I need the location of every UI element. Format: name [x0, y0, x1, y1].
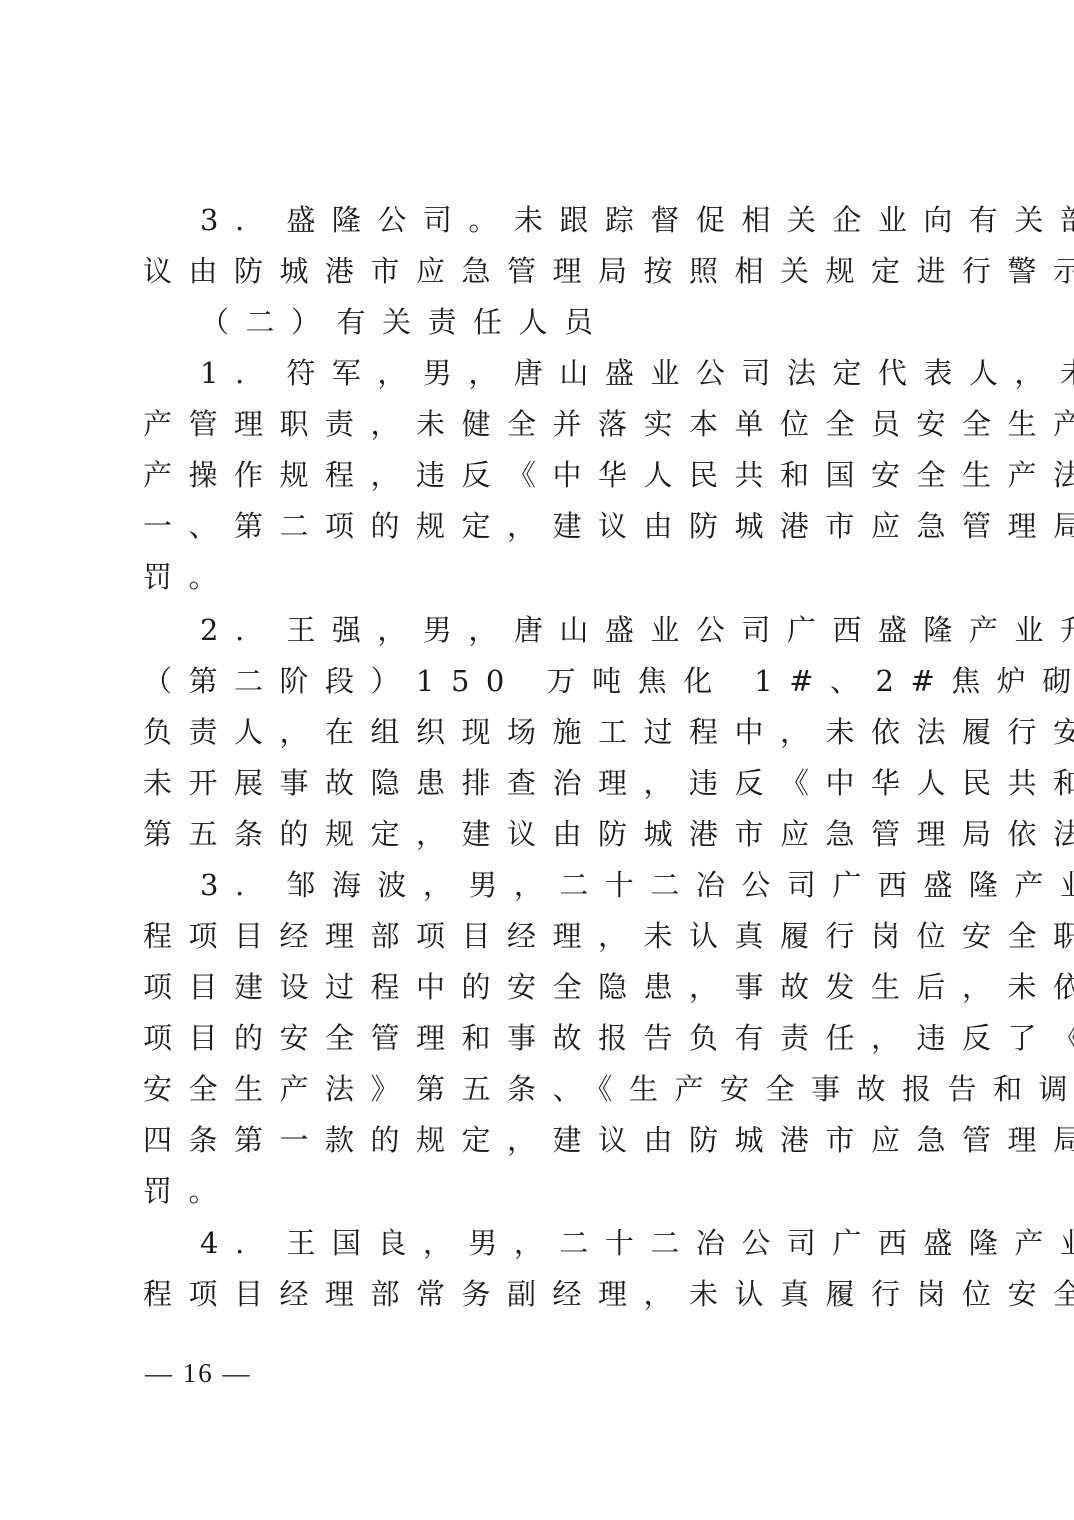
paragraph-person-1-line-5: 罚。: [143, 557, 943, 597]
paragraph-person-3-line-2: 程项目经理部项目经理，未认真履行岗位安全职责，未及时消除: [143, 916, 943, 956]
paragraph-person-1-line-1: 1. 符军，男，唐山盛业公司法定代表人，未依法履行安全生: [200, 353, 943, 393]
paragraph-person-1-line-2: 产管理职责，未健全并落实本单位全员安全生产责任制和安全生: [143, 404, 943, 444]
paragraph-person-2-line-2: （第二阶段）150 万吨焦化 1#、2#焦炉砌筑项目商务经理、施工: [143, 661, 943, 701]
paragraph-person-4-line-1: 4. 王国良，男，二十二冶公司广西盛隆产业升级技术改造工: [200, 1223, 943, 1263]
paragraph-person-3-line-5: 安全生产法》第五条、《生产安全事故报告和调查处理条例》第: [143, 1069, 943, 1109]
paragraph-person-2-line-4: 未开展事故隐患排查治理，违反《中华人民共和国安全生产法》: [143, 763, 943, 803]
paragraph-person-2-line-1: 2. 王强，男，唐山盛业公司广西盛隆产业升级技术改造工程: [200, 610, 943, 650]
paragraph-company-3-line-2: 议由防城港市应急管理局按照相关规定进行警示约谈。: [143, 251, 943, 291]
page-number: — 16 —: [145, 1358, 252, 1389]
paragraph-person-3-line-4: 项目的安全管理和事故报告负有责任，违反了《中华人民共和国: [143, 1018, 943, 1058]
paragraph-person-3-line-3: 项目建设过程中的安全隐患，事故发生后，未依法报告事故，对: [143, 967, 943, 1007]
paragraph-person-4-line-2: 程项目经理部常务副经理，未认真履行岗位安全职责，未及时消: [143, 1274, 943, 1314]
paragraph-person-3-line-1: 3. 邹海波，男，二十二冶公司广西盛隆产业升级技术改造工: [200, 865, 943, 905]
paragraph-person-1-line-3: 产操作规程，违反《中华人民共和国安全生产法》第二十一条第: [143, 455, 943, 495]
paragraph-person-3-line-7: 罚。: [143, 1171, 943, 1211]
section-heading: （二）有关责任人员: [200, 302, 943, 342]
paragraph-person-2-line-5: 第五条的规定，建议由防城港市应急管理局依法给予行政处罚。: [143, 814, 943, 854]
paragraph-company-3-line-1: 3. 盛隆公司。未跟踪督促相关企业向有关部门报告事故，建: [200, 200, 943, 240]
paragraph-person-1-line-4: 一、第二项的规定，建议由防城港市应急管理局依法给予行政处: [143, 506, 943, 546]
paragraph-person-3-line-6: 四条第一款的规定，建议由防城港市应急管理局依法给予行政处: [143, 1120, 943, 1160]
document-page: 3. 盛隆公司。未跟踪督促相关企业向有关部门报告事故，建 议由防城港市应急管理局…: [0, 0, 1074, 1520]
paragraph-person-2-line-3: 负责人，在组织现场施工过程中，未依法履行安全生产管理职责，: [143, 712, 943, 752]
